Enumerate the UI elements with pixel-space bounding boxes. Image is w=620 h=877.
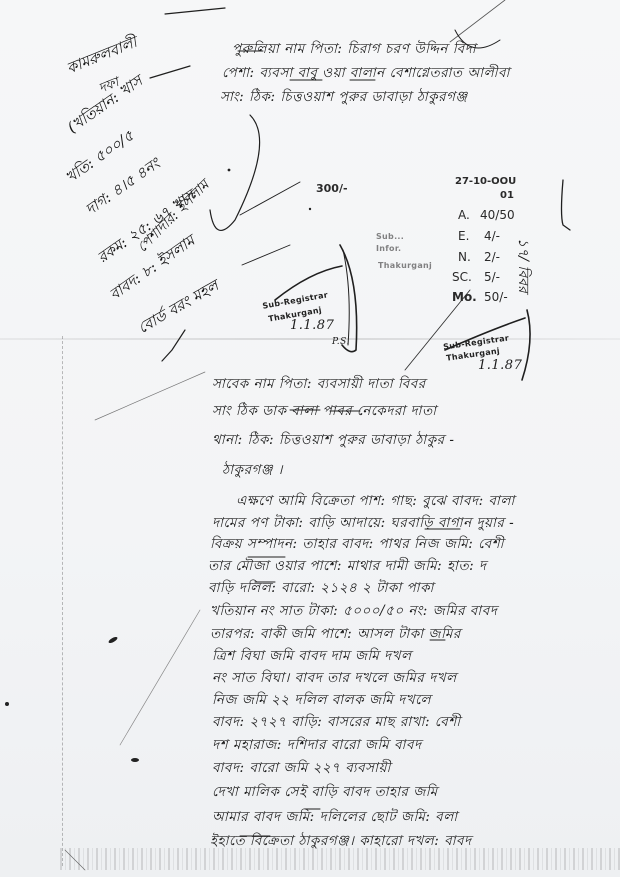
block2-line-3: থানা: ঠিক: চিত্তওয়াশ পুরুর ডাবাড়া ঠাকু… xyxy=(212,429,454,452)
body-line: নিজ জমি ২২ দলিল বালক জমি দখলে xyxy=(212,689,431,712)
faint-stamp-line-3: Thakurganj xyxy=(378,261,432,270)
seal-date: 1.1.87 xyxy=(290,318,334,333)
fee-row-amount: 4/- xyxy=(484,229,500,243)
body-line: দেখা মালিক সেই বাড়ি বাবদ তাহার জমি xyxy=(212,781,438,804)
fee-table-header: 27-10-OOU xyxy=(455,176,516,187)
body-line: খতিয়ান নং সাত টাকা: ৫০০০/৫০ নং: জমির বা… xyxy=(210,600,497,623)
fee-row-code: SC. xyxy=(452,270,472,284)
fee-row-code: N. xyxy=(458,250,471,264)
body-line: দামের পণ টাকা: বাড়ি আদায়ে: ঘরবাড়ি বাগ… xyxy=(212,512,514,535)
body-line: তার মৌজা ওয়ার পাশে: মাথার দামী জমি: হাত… xyxy=(208,555,487,578)
fee-row-amount: 5/- xyxy=(484,270,500,284)
body-line: নং সাত বিঘা। বাবদ তার দখলে জমির দখল xyxy=(212,667,457,690)
right-margin-note: ১৭/ বিবর xyxy=(511,238,535,293)
block2-line-2: সাং ঠিক ডাক বালা পাবর নেকেদরা দাতা xyxy=(212,400,437,423)
fee-table-sub: 01 xyxy=(500,190,514,201)
fee-row-amount: 40/50 xyxy=(480,208,515,222)
fee-row-amount: 2/- xyxy=(484,250,500,264)
header-line-3: সাং: ঠিক: চিত্তওয়াশ পুরুর ডাবাড়া ঠাকুর… xyxy=(220,86,467,109)
body-line: বিক্রয় সম্পাদন: তাহার বাবদ: পাথর নিজ জম… xyxy=(210,533,504,556)
block2-line-1: সাবেক নাম পিতা: ব্যবসায়ী দাতা বিবর xyxy=(212,373,426,396)
fee-row-code: A. xyxy=(458,208,470,222)
body-line: দশ মহারাজ: দশিদার বারো জমি বাবদ xyxy=(212,734,422,757)
fee-row-code: E. xyxy=(458,229,469,243)
fee-row-code: Mo. xyxy=(452,290,477,304)
block2-line-4: ঠাকুরগঞ্জ । xyxy=(222,459,283,482)
fee-row-amount: 50/- xyxy=(484,290,508,304)
header-line-1: পুরুলিয়া নাম পিতা: চিরাগ চরণ উদ্দিন বিদ… xyxy=(232,38,476,61)
body-line: ত্রিশ বিঘা জমি বাবদ দাম জমি দখল xyxy=(212,645,412,668)
body-line: এক্ষণে আমি বিক্রেতা পাশ: গাছ: বুঝে বাবদ:… xyxy=(236,490,515,513)
seal-note: P.S. xyxy=(332,337,350,347)
faint-stamp-line-1: Sub... xyxy=(376,232,404,241)
body-line: তারপর: বাকী জমি পাশে: আসল টাকা জমির xyxy=(210,623,461,646)
seal-date: 1.1.87 xyxy=(478,358,522,373)
scanned-document-page: পুরুলিয়া নাম পিতা: চিরাগ চরণ উদ্দিন বিদ… xyxy=(0,0,620,877)
body-line: বাবদ: বারো জমি ২২৭ ব্যবসায়ী xyxy=(212,757,391,780)
stamp-fee-amount: 300/- xyxy=(316,182,348,195)
body-line: আমার বাবদ জমি: দলিলের ছোট জমি: বলা xyxy=(212,806,458,829)
body-line: ইহাতে বিক্রেতা ঠাকুরগঞ্জ। কাহারো দখল: বা… xyxy=(210,830,472,853)
body-line: বাবদ: ২৭২৭ বাড়ি: বাসরের মাছ রাখা: বেশী xyxy=(212,711,461,734)
header-line-2: পেশা: ব্যবসা বাবু ওয়া বালান বেশাগ্নেতরা… xyxy=(222,62,510,85)
faint-stamp-line-2: Infor. xyxy=(376,244,401,253)
body-line: বাড়ি দলিল: বারো: ২১২৪ ২ টাকা পাকা xyxy=(208,577,434,600)
